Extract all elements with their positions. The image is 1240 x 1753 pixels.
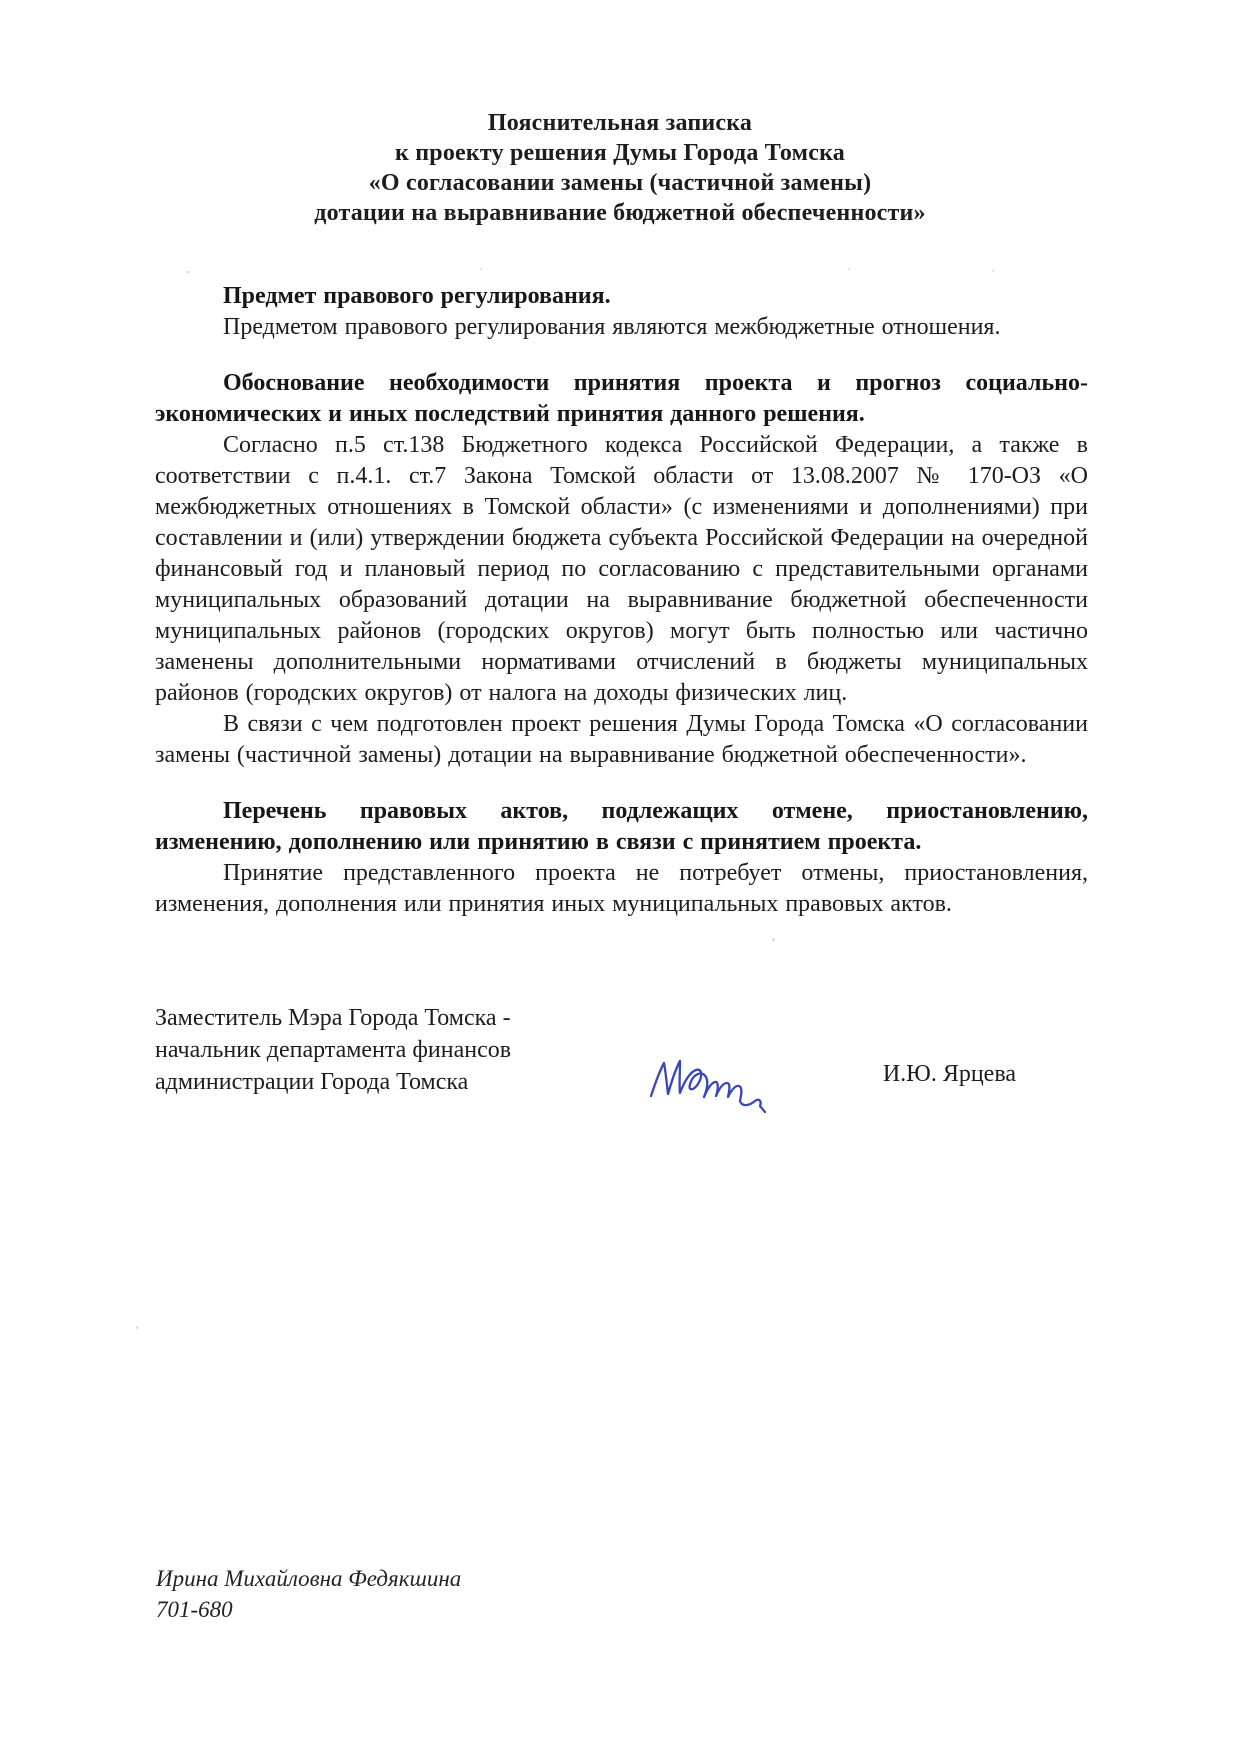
- title-line-1: Пояснительная записка: [0, 108, 1240, 138]
- section-justification-heading: Обоснование необходимости принятия проек…: [155, 368, 1088, 430]
- scan-speck: [772, 938, 775, 941]
- document-page: Пояснительная записка к проекту решения …: [0, 0, 1240, 1753]
- section-justification-paragraph-2: В связи с чем подготовлен проект решения…: [155, 709, 1088, 771]
- executor-footer: Ирина Михайловна Федякшина 701-680: [156, 1563, 461, 1625]
- section-subject: Предмет правового регулирования. Предмет…: [155, 281, 1088, 343]
- section-acts-list-paragraph: Принятие представленного проекта не потр…: [155, 858, 1088, 920]
- executor-phone: 701-680: [156, 1594, 461, 1625]
- title-line-2: к проекту решения Думы Города Томска: [0, 138, 1240, 168]
- scan-speck: [136, 1326, 138, 1329]
- signer-name: И.Ю. Ярцева: [883, 1058, 1016, 1090]
- section-subject-heading: Предмет правового регулирования.: [155, 281, 1088, 312]
- scan-speck: [186, 271, 189, 273]
- document-body: Предмет правового регулирования. Предмет…: [155, 281, 1088, 920]
- signer-position-line-1: Заместитель Мэра Города Томска -: [155, 1002, 1088, 1034]
- title-line-3: «О согласовании замены (частичной замены…: [0, 168, 1240, 198]
- section-acts-list-heading: Перечень правовых актов, подлежащих отме…: [155, 796, 1088, 858]
- scan-speck: [480, 268, 482, 270]
- section-justification-paragraph-1: Согласно п.5 ст.138 Бюджетного кодекса Р…: [155, 430, 1088, 709]
- title-line-4: дотации на выравнивание бюджетной обеспе…: [0, 198, 1240, 228]
- section-justification: Обоснование необходимости принятия проек…: [155, 368, 1088, 771]
- section-subject-paragraph: Предметом правового регулирования являют…: [155, 312, 1088, 343]
- signature-scribble: [643, 1046, 783, 1116]
- section-acts-list: Перечень правовых актов, подлежащих отме…: [155, 796, 1088, 920]
- document-title: Пояснительная записка к проекту решения …: [0, 0, 1240, 228]
- scan-speck: [848, 268, 850, 270]
- executor-name: Ирина Михайловна Федякшина: [156, 1563, 461, 1594]
- scan-speck: [992, 270, 994, 272]
- signature-block: Заместитель Мэра Города Томска - начальн…: [155, 1002, 1088, 1122]
